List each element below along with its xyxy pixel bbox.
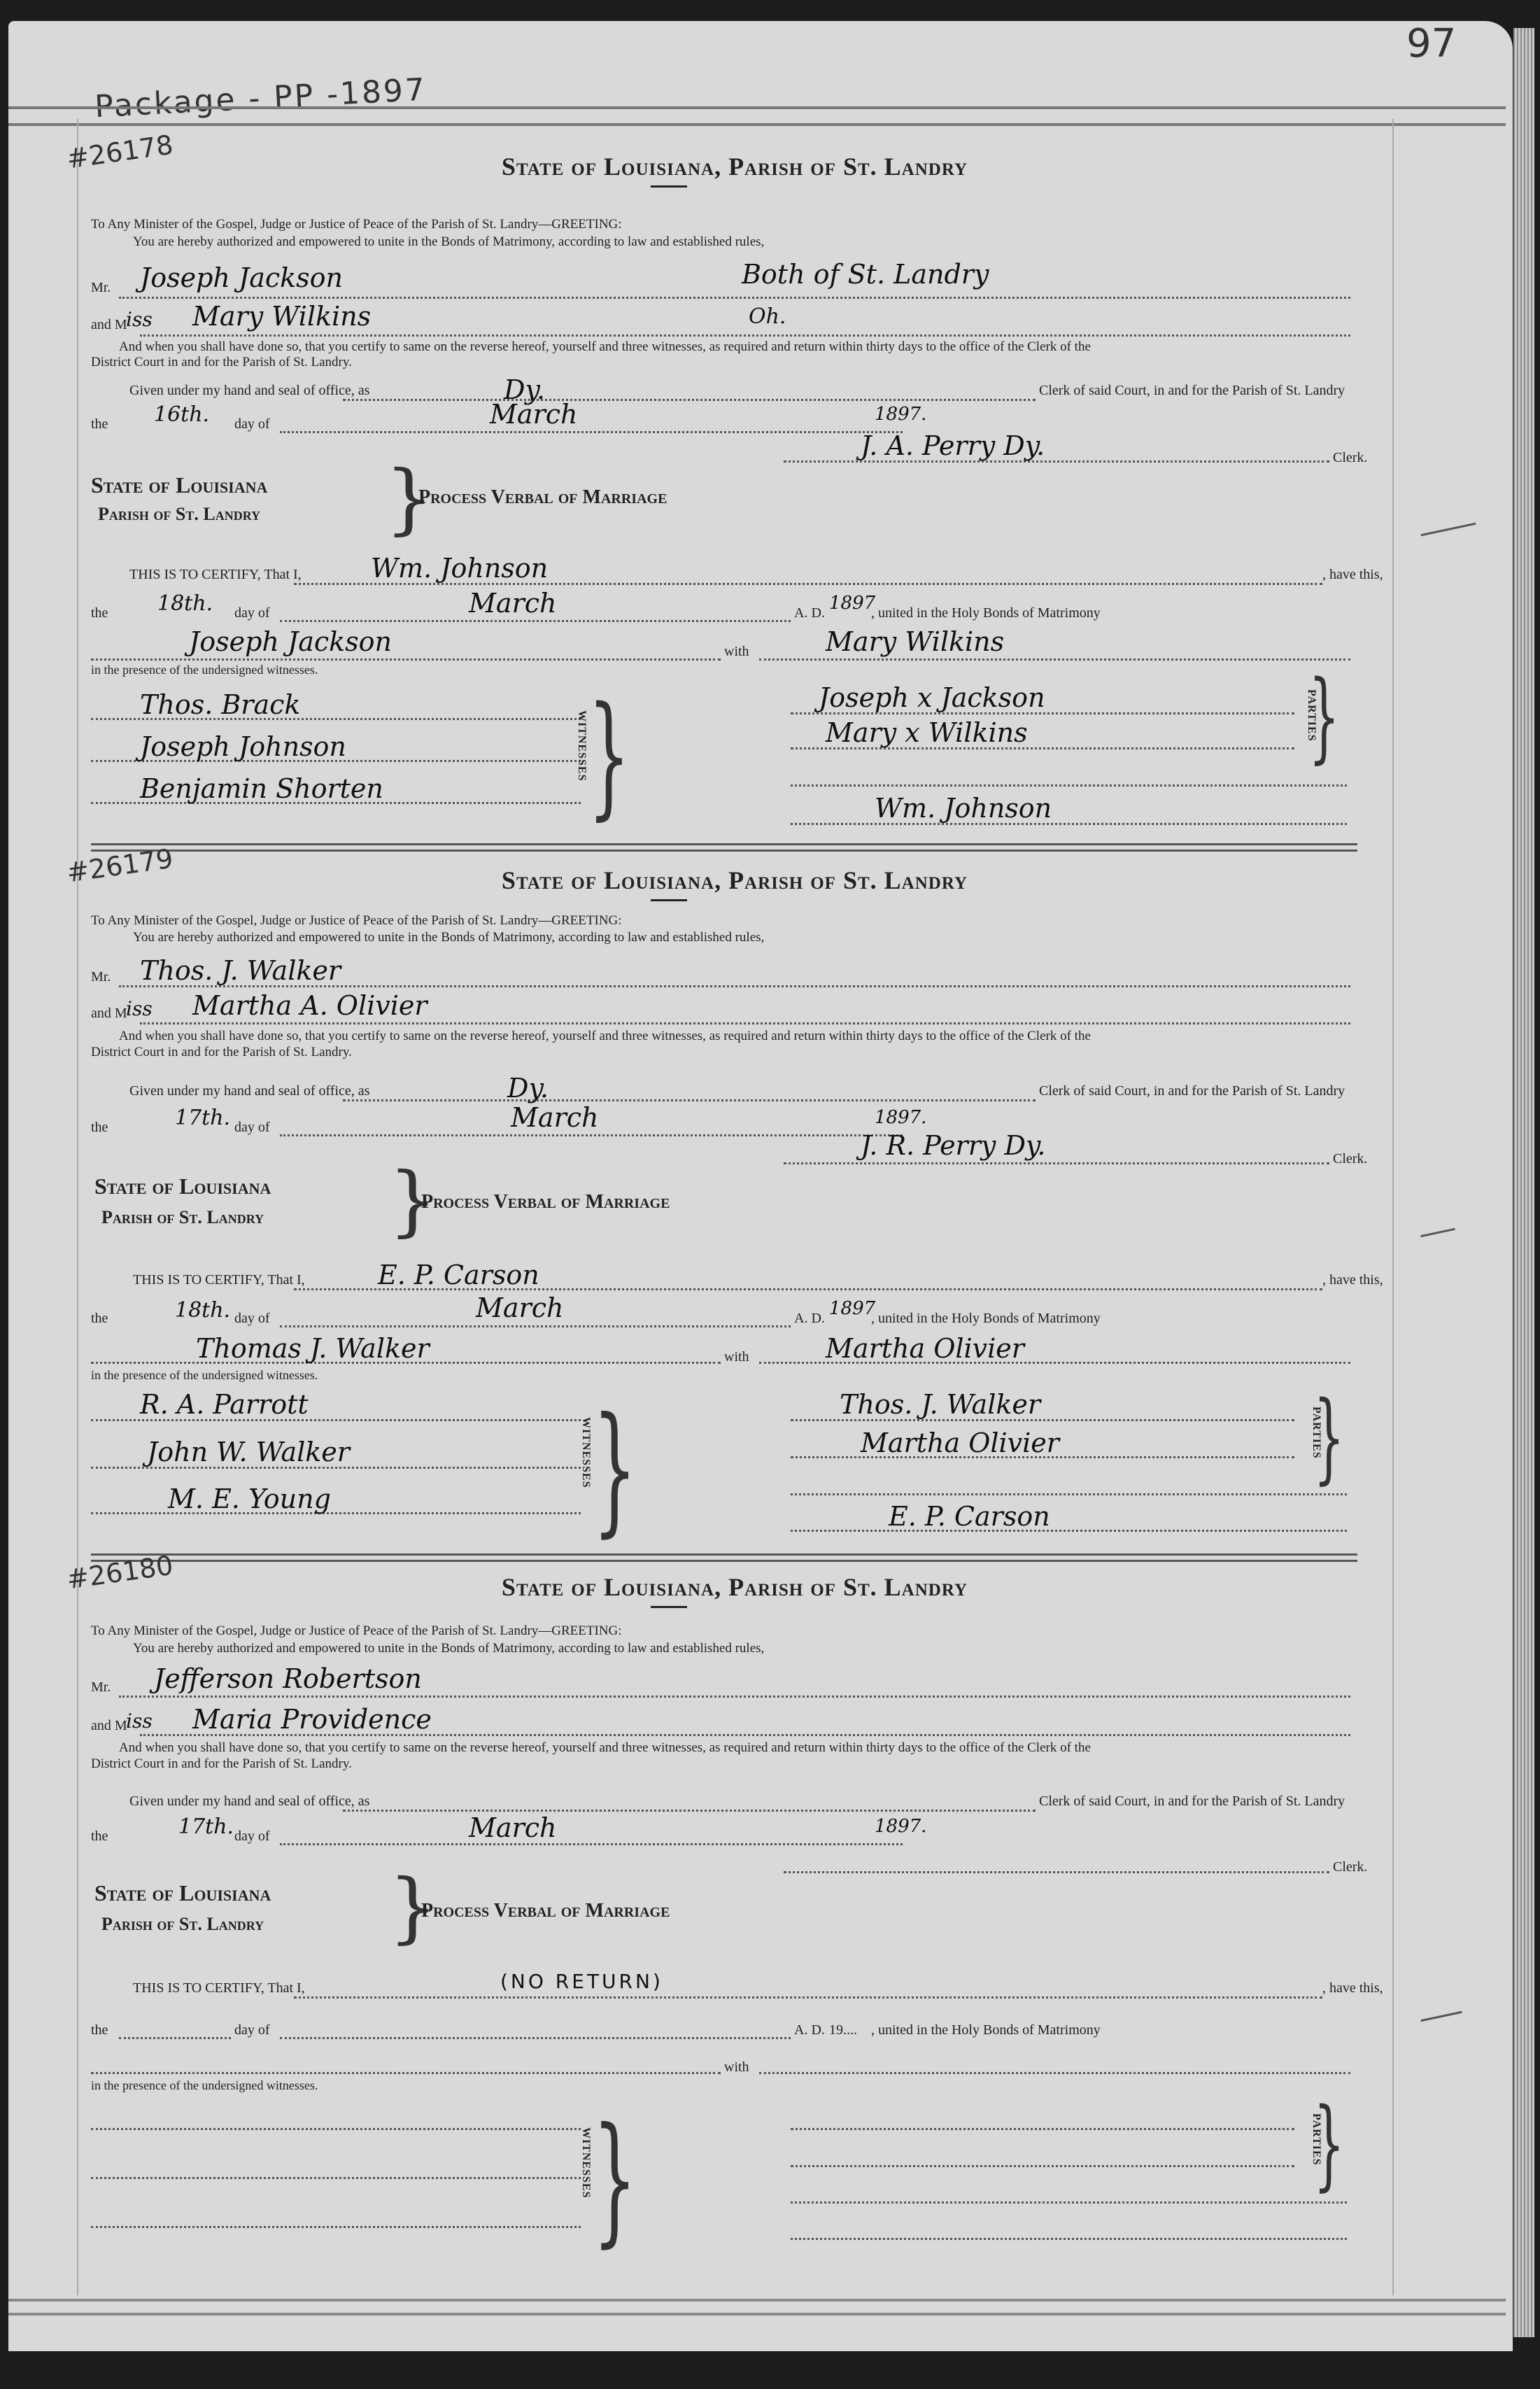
united-label: , united in the Holy Bonds of Matrimony — [871, 1311, 1101, 1327]
issue-year: 1897. — [875, 1816, 926, 1837]
clerk-of-court-label: Clerk of said Court, in and for the Pari… — [1039, 1083, 1345, 1099]
party-2-line — [791, 2164, 1294, 2167]
parties-label: PARTIES — [1310, 2113, 1322, 2166]
page-stack-edge — [1513, 28, 1534, 2337]
marriage-year: 19.... — [829, 2022, 857, 2038]
have-this-label: , have this, — [1322, 567, 1383, 583]
issue-month: March — [490, 399, 578, 430]
presence-label: in the presence of the undersigned witne… — [91, 663, 318, 677]
page-number: 97 — [1406, 21, 1456, 66]
parties-label: PARTIES — [1305, 689, 1318, 742]
party2-name: Martha Olivier — [826, 1333, 1024, 1364]
party-1-line — [791, 2127, 1294, 2130]
witness-3: Benjamin Shorten — [140, 773, 383, 804]
greeting-text: To Any Minister of the Gospel, Judge or … — [91, 1623, 622, 1639]
witness-1-line — [91, 2127, 581, 2130]
title-rule — [651, 185, 687, 188]
title-rule — [651, 899, 687, 901]
party-signature-4: E. P. Carson — [889, 1501, 1050, 1532]
pvm-title: Process Verbal of Marriage — [421, 1191, 670, 1213]
with-label: with — [724, 2059, 749, 2076]
witness-2: Joseph Johnson — [140, 731, 346, 762]
bride-prefix: iss — [126, 308, 153, 331]
state-label: State of Louisiana — [91, 472, 267, 498]
clerk-of-court-label: Clerk of said Court, in and for the Pari… — [1039, 1793, 1345, 1810]
and-label: and M — [91, 317, 127, 333]
marriage-day: 18th. — [157, 591, 213, 616]
witness-3-line — [91, 2225, 581, 2228]
given-label: Given under my hand and seal of office, … — [129, 1793, 369, 1810]
authorization-text: You are hereby authorized and empowered … — [133, 1641, 764, 1656]
parish-label: Parish of St. Landry — [98, 504, 260, 525]
day-of-label: day of — [234, 2022, 270, 2038]
bride-prefix: iss — [126, 1710, 153, 1733]
mr-label: Mr. — [91, 280, 111, 296]
united-label: , united in the Holy Bonds of Matrimony — [871, 605, 1101, 621]
instruction-text-2: District Court in and for the Parish of … — [91, 1045, 352, 1060]
witnesses-label: WITNESSES — [579, 1417, 592, 1488]
certify-label: THIS IS TO CERTIFY, That I, — [133, 1272, 305, 1288]
groom-note: Both of St. Landry — [742, 259, 989, 290]
groom-name: Joseph Jackson — [140, 262, 343, 293]
witnesses-brace-icon: } — [593, 1400, 637, 1539]
state-label: State of Louisiana — [94, 1174, 271, 1199]
issue-month: March — [511, 1102, 599, 1133]
clerk-signature: J. A. Perry Dy. — [861, 430, 1045, 461]
parties-label: PARTIES — [1310, 1407, 1322, 1459]
record-title: State of Louisiana, Parish of St. Landry — [77, 152, 1392, 181]
bride-prefix: iss — [126, 997, 153, 1020]
pvm-title: Process Verbal of Marriage — [418, 486, 667, 509]
issued-by: Dy. — [507, 1073, 549, 1104]
the-label: the — [91, 2022, 108, 2038]
party2-name: Mary Wilkins — [826, 626, 1004, 657]
marriage-day: 18th. — [175, 1298, 230, 1323]
presence-label: in the presence of the undersigned witne… — [91, 2078, 318, 2093]
bride-name: Martha A. Olivier — [192, 990, 428, 1021]
greeting-text: To Any Minister of the Gospel, Judge or … — [91, 913, 622, 929]
certify-label: THIS IS TO CERTIFY, That I, — [129, 567, 302, 583]
witnesses-brace-icon: } — [593, 2110, 637, 2250]
day-of-label: day of — [234, 416, 270, 432]
party-4-line — [791, 2237, 1347, 2240]
mr-label: Mr. — [91, 969, 111, 985]
marriage-year: 1897 — [829, 1298, 875, 1319]
clerk-of-court-label: Clerk of said Court, in and for the Pari… — [1039, 383, 1345, 399]
united-label: , united in the Holy Bonds of Matrimony — [871, 2022, 1101, 2038]
officiant-name: (NO RETURN) — [500, 1970, 663, 1993]
state-label: State of Louisiana — [94, 1880, 271, 1906]
marriage-month: March — [469, 588, 557, 619]
the-label: the — [91, 1120, 108, 1136]
record-separator — [91, 843, 1357, 852]
instruction-text-2: District Court in and for the Parish of … — [91, 1756, 352, 1772]
have-this-label: , have this, — [1322, 1272, 1383, 1288]
greeting-text: To Any Minister of the Gospel, Judge or … — [91, 217, 622, 232]
record-separator — [91, 1553, 1357, 1562]
authorization-text: You are hereby authorized and empowered … — [133, 930, 764, 945]
bride-name: Mary Wilkins — [192, 301, 371, 332]
witnesses-brace-icon: } — [588, 689, 630, 822]
issue-day: 17th. — [175, 1106, 230, 1130]
witnesses-label: WITNESSES — [575, 710, 588, 782]
presence-label: in the presence of the undersigned witne… — [91, 1368, 318, 1383]
title-rule — [651, 1606, 687, 1608]
party-signature-2: Martha Olivier — [861, 1428, 1059, 1458]
mr-label: Mr. — [91, 1679, 111, 1696]
bride-name: Maria Providence — [192, 1704, 432, 1735]
issue-year: 1897. — [875, 1107, 926, 1128]
record-title: State of Louisiana, Parish of St. Landry — [77, 1572, 1392, 1602]
marriage-month: March — [476, 1292, 564, 1323]
top-rule — [8, 106, 1506, 126]
ad-label: A. D. — [794, 1311, 825, 1327]
day-of-label: day of — [234, 1311, 270, 1327]
with-label: with — [724, 1349, 749, 1365]
groom-name: Jefferson Robertson — [154, 1663, 422, 1694]
issue-month: March — [469, 1812, 557, 1843]
the-label: the — [91, 416, 108, 432]
officiant-name: Wm. Johnson — [371, 553, 548, 584]
bride-note: Oh. — [749, 304, 786, 329]
clerk-label: Clerk. — [1333, 1151, 1367, 1167]
have-this-label: , have this, — [1322, 1980, 1383, 1996]
instruction-text: And when you shall have done so, that yo… — [119, 1029, 1091, 1044]
ad-label: A. D. — [794, 2022, 825, 2038]
witness-1: Thos. Brack — [140, 689, 300, 720]
party-signature-2: Mary x Wilkins — [826, 717, 1028, 748]
record-title: State of Louisiana, Parish of St. Landry — [77, 866, 1392, 895]
day-of-label: day of — [234, 1828, 270, 1845]
clerk-signature: J. R. Perry Dy. — [861, 1130, 1045, 1161]
day-of-label: day of — [234, 1120, 270, 1136]
certify-label: THIS IS TO CERTIFY, That I, — [133, 1980, 305, 1996]
parish-label: Parish of St. Landry — [101, 1914, 264, 1935]
party-signature-1: Joseph x Jackson — [819, 682, 1045, 713]
left-margin-line — [77, 119, 78, 2295]
parish-label: Parish of St. Landry — [101, 1207, 264, 1228]
witness-2: John W. Walker — [147, 1437, 350, 1467]
the-label: the — [91, 1311, 108, 1327]
officiant-name: E. P. Carson — [378, 1260, 539, 1290]
witnesses-label: WITNESSES — [579, 2127, 592, 2199]
clerk-label: Clerk. — [1333, 1859, 1367, 1875]
marriage-year: 1897 — [829, 593, 875, 614]
given-label: Given under my hand and seal of office, … — [129, 1083, 369, 1099]
issue-day: 17th. — [178, 1814, 234, 1839]
the-label: the — [91, 605, 108, 621]
day-of-label: day of — [234, 605, 270, 621]
and-label: and M — [91, 1006, 127, 1022]
party-signature-4: Wm. Johnson — [875, 793, 1052, 824]
clerk-label: Clerk. — [1333, 450, 1367, 466]
witness-2-line — [91, 2176, 581, 2179]
pvm-title: Process Verbal of Marriage — [421, 1900, 670, 1922]
instruction-text-2: District Court in and for the Parish of … — [91, 355, 352, 370]
instruction-text: And when you shall have done so, that yo… — [119, 339, 1091, 355]
issue-year: 1897. — [875, 404, 926, 425]
bottom-rule — [8, 2299, 1506, 2316]
groom-name: Thos. J. Walker — [140, 955, 341, 986]
instruction-text: And when you shall have done so, that yo… — [119, 1740, 1091, 1756]
with-label: with — [724, 644, 749, 660]
right-margin-line — [1392, 119, 1394, 2295]
witness-1: R. A. Parrott — [140, 1389, 309, 1420]
authorization-text: You are hereby authorized and empowered … — [133, 234, 764, 250]
witness-3: M. E. Young — [168, 1484, 331, 1514]
given-label: Given under my hand and seal of office, … — [129, 383, 369, 399]
party1-name: Joseph Jackson — [189, 626, 392, 657]
party-3-line — [791, 2201, 1347, 2204]
ad-label: A. D. — [794, 605, 825, 621]
issue-day: 16th. — [154, 402, 209, 427]
party-signature-1: Thos. J. Walker — [840, 1389, 1040, 1420]
party1-name: Thomas J. Walker — [196, 1333, 430, 1364]
and-label: and M — [91, 1718, 127, 1734]
the-label: the — [91, 1828, 108, 1845]
